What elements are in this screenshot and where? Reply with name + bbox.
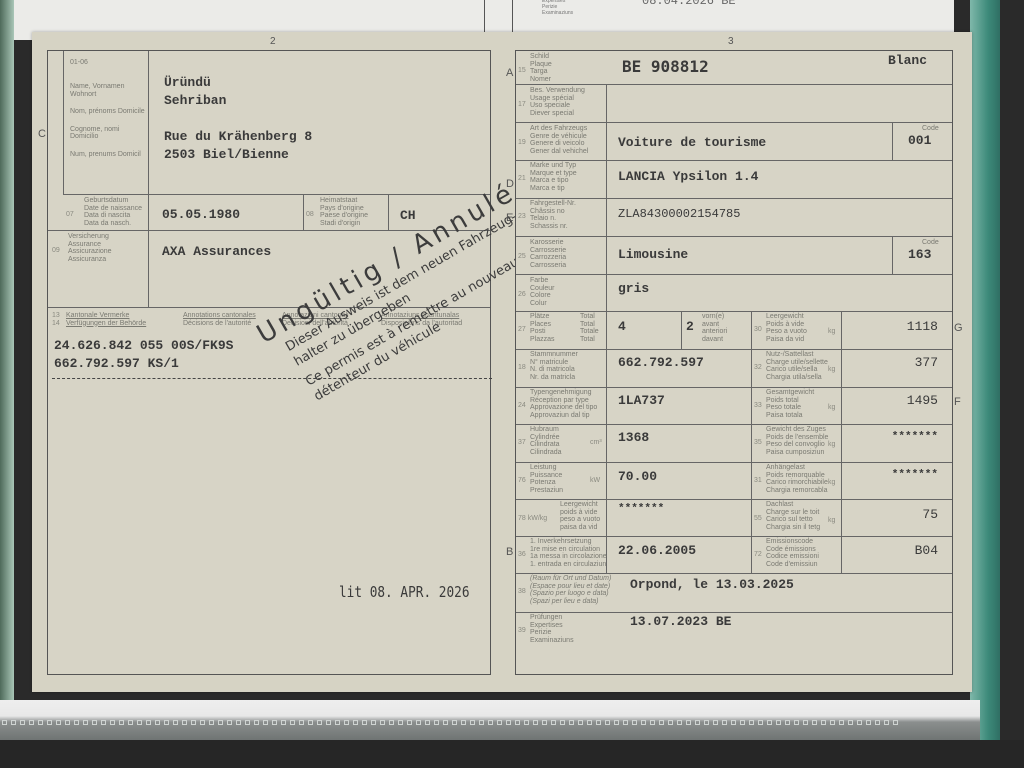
- place-date-label: (Raum für Ort und Datum) (Espace pour li…: [530, 575, 611, 605]
- seats-label: Plätze Places Posti Plazzas: [530, 313, 555, 343]
- address-city: 2503 Biel/Bienne: [164, 147, 289, 162]
- insurance-value: AXA Assurances: [162, 244, 271, 259]
- binder-edge-left: [0, 0, 14, 740]
- dashed-line: [52, 378, 492, 379]
- vehicle-type-label: Art des Fahrzeugs Genre de véhicule Gene…: [530, 125, 588, 155]
- empty-weight-label: Leergewicht Poids à vide Peso a vuoto Pa…: [766, 313, 807, 343]
- holder-group-label: 01-06: [70, 59, 88, 67]
- inspections-value: 13.07.2023 BE: [630, 614, 731, 629]
- roof-load-label: Dachlast Charge sur le toit Carico sul t…: [766, 501, 820, 531]
- birth-date-value: 05.05.1980: [162, 207, 240, 222]
- power-value: 70.00: [618, 469, 657, 484]
- plate-number: BE 908812: [622, 57, 709, 76]
- matricule-label: Stammnummer N° matricule N. di matricola…: [530, 351, 578, 381]
- page-number-left: 2: [270, 36, 276, 47]
- plastic-sleeve-edge: [970, 0, 1000, 740]
- first-registration-label: 1. Inverkehrsetzung 1re mise en circulat…: [530, 538, 607, 568]
- origin-value: CH: [400, 208, 416, 223]
- birth-date-label: Geburtsdatum Date de naissance Data di n…: [84, 197, 142, 227]
- body-label: Karosserie Carrosserie Carrozzeria Carro…: [530, 239, 566, 269]
- side-letter-c: C: [38, 128, 46, 140]
- cancellation-date-stamp: lit 08. APR. 2026: [339, 583, 470, 601]
- seats-front: 2: [686, 319, 694, 334]
- chassis-number: ZLA84300002154785: [618, 207, 740, 221]
- annotations-header-de: Kantonale Vermerke Verfügungen der Behör…: [66, 312, 146, 327]
- seats-total-label: Total Total Totale Total: [580, 313, 599, 343]
- place-date-value: Orpond, le 13.03.2025: [630, 577, 794, 592]
- prev-field-label: Expertises Perizie Examinaziuns: [542, 0, 573, 16]
- vehicle-registration-document: 2 C 01-06 Name, Vornamen Wohnort Nom, pr…: [32, 32, 972, 692]
- plate-color: Blanc: [888, 53, 927, 68]
- color-value: gris: [618, 281, 649, 296]
- payload-label: Nutz-/Sattellast Charge utile/sellette C…: [766, 351, 828, 381]
- first-registration-value: 22.06.2005: [618, 543, 696, 558]
- type-approval-value: 1LA737: [618, 393, 665, 408]
- emission-code-value: B04: [915, 543, 938, 558]
- insurance-label: Versicherung Assurance Assicurazione Ass…: [68, 233, 112, 263]
- special-use-label: Bes. Verwendung Usage spécial Uso specia…: [530, 87, 585, 117]
- chassis-label: Fahrgestell-Nr. Châssis no Telaio n. Sch…: [530, 200, 576, 230]
- combination-weight-label: Gewicht des Zuges Poids de l'ensemble Pe…: [766, 426, 828, 456]
- prev-field-value: 08.04.2026 BE: [642, 0, 736, 8]
- body-value: Limousine: [618, 247, 688, 262]
- displacement-value: 1368: [618, 430, 649, 445]
- annotations-header-fr: Annotations cantonales Décisions de l'au…: [183, 312, 256, 327]
- matricule-value: 662.792.597: [618, 355, 704, 370]
- displacement-label: Hubraum Cylindrée Cilindrata Cilindrada: [530, 426, 562, 456]
- body-code: 163: [908, 247, 931, 262]
- trailer-load-value: *******: [892, 469, 938, 481]
- annotation-line-1: 24.626.842 055 00S/FK9S: [54, 338, 233, 353]
- right-page: 15 Schild Plaque Targa Nomer BE 908812 B…: [515, 50, 953, 675]
- holder-surname: Üründü: [164, 75, 211, 90]
- inspections-label: Prüfungen Expertises Perizie Examinaziun…: [530, 614, 574, 644]
- seats-front-label: vorn(e) avant anteriori davant: [702, 313, 727, 343]
- type-approval-label: Typengenehmigung Réception par type Appr…: [530, 389, 597, 419]
- trailer-load-label: Anhängelast Poids remorquable Carico rim…: [766, 464, 828, 494]
- vehicle-type-value: Voiture de tourisme: [618, 135, 766, 150]
- table-surface: [0, 740, 1024, 768]
- color-label: Farbe Couleur Colore Colur: [530, 277, 555, 307]
- seats-total: 4: [618, 319, 626, 334]
- plate-label: Schild Plaque Targa Nomer: [530, 53, 552, 83]
- combination-weight-value: *******: [892, 431, 938, 443]
- left-page: 01-06 Name, Vornamen Wohnort Nom, prénom…: [47, 50, 491, 675]
- make-model-label: Marke und Typ Marque et type Marca e tip…: [530, 162, 577, 192]
- annotation-line-2: 662.792.597 KS/1: [54, 356, 179, 371]
- total-weight-value: 1495: [907, 393, 938, 408]
- total-weight-label: Gesamtgewicht Poids total Peso totale Pa…: [766, 389, 814, 419]
- holder-firstname: Sehriban: [164, 93, 226, 108]
- power-weight-value: *******: [618, 503, 664, 515]
- empty-weight-value: 1118: [907, 319, 938, 334]
- emission-code-label: Emissionscode Code émissions Codice emis…: [766, 538, 819, 568]
- vehicle-type-code: 001: [908, 133, 931, 148]
- holder-labels: Name, Vornamen Wohnort Nom, prénoms Domi…: [70, 83, 146, 158]
- page-number-right: 3: [728, 36, 734, 47]
- origin-label: Heimatstaat Pays d'origine Paese d'origi…: [320, 197, 368, 227]
- payload-value: 377: [915, 355, 938, 370]
- make-model-value: LANCIA Ypsilon 1.4: [618, 169, 758, 184]
- power-label: Leistung Puissance Potenza Prestaziun: [530, 464, 563, 494]
- sleeve-perforation: [0, 720, 960, 728]
- power-weight-label: Leergewicht poids à vide peso a vuoto pa…: [560, 501, 600, 531]
- roof-load-value: 75: [922, 507, 938, 522]
- address-street: Rue du Krähenberg 8: [164, 129, 312, 144]
